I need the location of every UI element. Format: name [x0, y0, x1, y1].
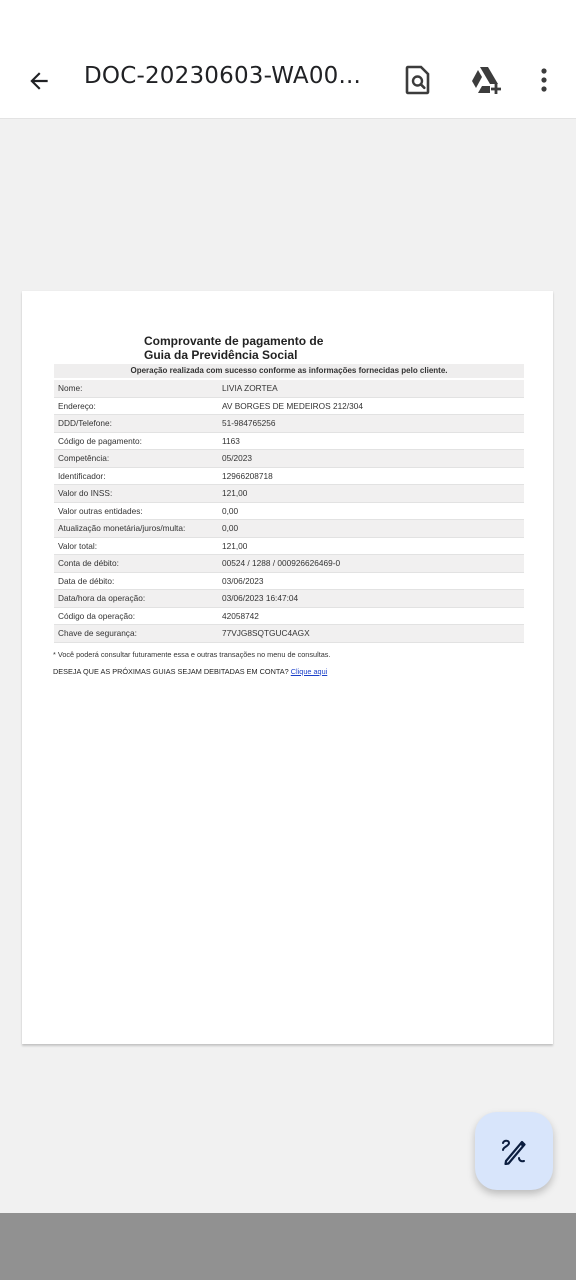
field-value: 0,00 — [222, 523, 524, 533]
table-row: Data/hora da operação:03/06/2023 16:47:0… — [54, 590, 524, 608]
annotate-pen-icon — [500, 1137, 528, 1165]
field-label: Nome: — [54, 383, 222, 393]
table-row: Chave de segurança:77VJG8SQTGUC4AGX — [54, 625, 524, 643]
field-label: Valor total: — [54, 541, 222, 551]
receipt-title: Comprovante de pagamento de Guia da Prev… — [144, 334, 323, 362]
field-value: AV BORGES DE MEDEIROS 212/304 — [222, 401, 524, 411]
field-label: Código de pagamento: — [54, 436, 222, 446]
field-value: 121,00 — [222, 541, 524, 551]
field-value: 03/06/2023 — [222, 576, 524, 586]
footnote: * Você poderá consultar futuramente essa… — [53, 650, 330, 659]
table-row: Identificador:12966208718 — [54, 468, 524, 486]
field-value: 121,00 — [222, 488, 524, 498]
table-row: Código da operação:42058742 — [54, 608, 524, 626]
arrow-left-icon — [26, 68, 52, 94]
field-label: DDD/Telefone: — [54, 418, 222, 428]
field-label: Chave de segurança: — [54, 628, 222, 638]
document-search-icon — [405, 65, 431, 95]
field-label: Identificador: — [54, 471, 222, 481]
table-row: Data de débito:03/06/2023 — [54, 573, 524, 591]
system-navigation-bar — [0, 1213, 576, 1280]
receipt-title-line2: Guia da Previdência Social — [144, 348, 323, 362]
table-row: Valor outras entidades:0,00 — [54, 503, 524, 521]
receipt-title-line1: Comprovante de pagamento de — [144, 334, 323, 348]
field-value: 03/06/2023 16:47:04 — [222, 593, 524, 603]
field-label: Código da operação: — [54, 611, 222, 621]
table-row: Competência:05/2023 — [54, 450, 524, 468]
table-row: Nome:LIVIA ZORTEA — [54, 380, 524, 398]
field-label: Competência: — [54, 453, 222, 463]
table-row: Endereço:AV BORGES DE MEDEIROS 212/304 — [54, 398, 524, 416]
field-value: 42058742 — [222, 611, 524, 621]
field-label: Conta de débito: — [54, 558, 222, 568]
find-in-document-button[interactable] — [398, 60, 438, 100]
table-row: Atualização monetária/juros/multa:0,00 — [54, 520, 524, 538]
field-value: 1163 — [222, 436, 524, 446]
field-label: Atualização monetária/juros/multa: — [54, 523, 222, 533]
table-row: DDD/Telefone:51-984765256 — [54, 415, 524, 433]
table-row: Valor do INSS:121,00 — [54, 485, 524, 503]
pdf-viewer[interactable]: Comprovante de pagamento de Guia da Prev… — [0, 120, 576, 1213]
app-bar: DOC-20230603-WA00... — [0, 40, 576, 119]
receipt-fields-table: Nome:LIVIA ZORTEAEndereço:AV BORGES DE M… — [54, 380, 524, 643]
field-value: 0,00 — [222, 506, 524, 516]
field-value: 05/2023 — [222, 453, 524, 463]
annotate-button[interactable] — [475, 1112, 553, 1190]
back-button[interactable] — [20, 62, 58, 100]
field-label: Valor outras entidades: — [54, 506, 222, 516]
add-to-drive-button[interactable] — [466, 60, 506, 100]
status-bar — [0, 0, 576, 40]
more-options-button[interactable] — [524, 60, 564, 100]
field-label: Endereço: — [54, 401, 222, 411]
field-value: 51-984765256 — [222, 418, 524, 428]
table-row: Código de pagamento:1163 — [54, 433, 524, 451]
table-row: Conta de débito:00524 / 1288 / 000926626… — [54, 555, 524, 573]
field-value: 77VJG8SQTGUC4AGX — [222, 628, 524, 638]
document-title: DOC-20230603-WA00... — [84, 63, 384, 89]
field-value: 00524 / 1288 / 000926626469-0 — [222, 558, 524, 568]
field-label: Data de débito: — [54, 576, 222, 586]
click-here-link[interactable]: Clique aqui — [291, 667, 328, 676]
success-banner: Operação realizada com sucesso conforme … — [54, 364, 524, 378]
more-vert-icon — [539, 67, 549, 93]
google-drive-add-icon — [469, 65, 503, 95]
field-value: 12966208718 — [222, 471, 524, 481]
auto-debit-question: DESEJA QUE AS PRÓXIMAS GUIAS SEJAM DEBIT… — [53, 667, 291, 676]
field-label: Data/hora da operação: — [54, 593, 222, 603]
field-value: LIVIA ZORTEA — [222, 383, 524, 393]
auto-debit-prompt: DESEJA QUE AS PRÓXIMAS GUIAS SEJAM DEBIT… — [53, 667, 327, 676]
pdf-page: Comprovante de pagamento de Guia da Prev… — [22, 291, 553, 1044]
table-row: Valor total:121,00 — [54, 538, 524, 556]
field-label: Valor do INSS: — [54, 488, 222, 498]
